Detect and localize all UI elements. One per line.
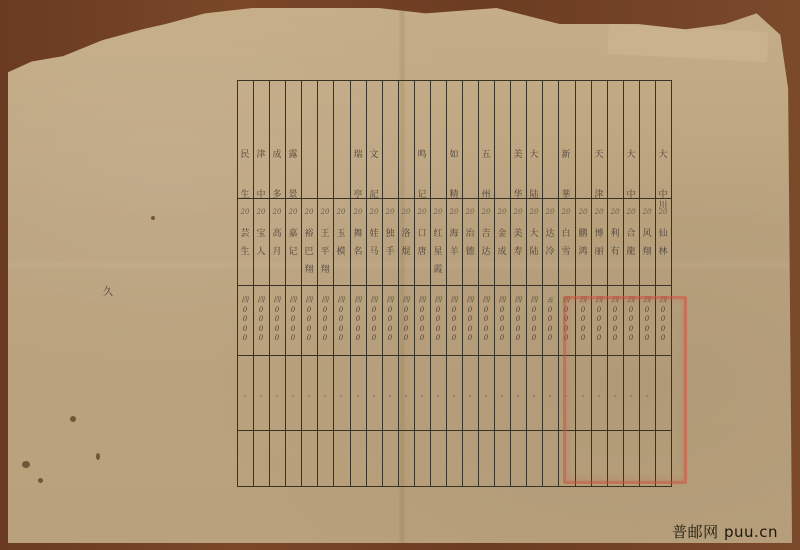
column-header-bottom: 华	[510, 190, 526, 201]
column-name: 高月	[269, 225, 285, 261]
column-dash: ·	[253, 392, 269, 401]
column-value: 四 0 0 0 0	[350, 296, 366, 344]
column-header-top: 津	[253, 150, 269, 161]
column-value: 四 0 0 0 0	[510, 296, 526, 344]
column-header-top: 如	[446, 150, 462, 161]
ledger-column: 露景20嘉记四 0 0 0 0·	[285, 80, 301, 487]
column-dash: ·	[269, 392, 285, 401]
column-dash: ·	[526, 392, 542, 401]
column-header-bottom: 精	[446, 190, 462, 201]
margin-mark: 久	[103, 283, 113, 298]
column-number: 20	[462, 208, 478, 216]
ledger-column: 津中20宝人四 0 0 0 0·	[253, 80, 269, 487]
column-dash: ·	[510, 392, 526, 401]
column-number: 20	[366, 208, 382, 216]
ledger-column: 文記20娃马四 0 0 0 0·	[366, 80, 382, 487]
ledger-column: 瑞亭20舞名四 0 0 0 0·	[350, 80, 366, 487]
column-number: 20	[253, 208, 269, 216]
column-dash: ·	[350, 392, 366, 401]
column-name: 独手	[382, 225, 398, 261]
column-value: 四 0 0 0 0	[446, 296, 462, 344]
column-dash: ·	[237, 392, 253, 401]
column-number: 20	[285, 208, 301, 216]
ledger-column: 五州20吉达四 0 0 0 0·	[478, 80, 494, 487]
ledger-column: 美华20美寿四 0 0 0 0·	[510, 80, 526, 487]
column-number: 20	[446, 208, 462, 216]
column-number: 20	[542, 208, 558, 216]
column-header-top: 新	[558, 150, 574, 161]
column-header-top: 文	[366, 150, 382, 161]
column-number: 20	[655, 208, 671, 216]
column-number: 20	[478, 208, 494, 216]
column-name: 大陆	[526, 225, 542, 261]
red-seal-frame	[563, 296, 687, 484]
ledger-column: 民生20芸生四 0 0 0 0·	[237, 80, 253, 487]
column-header-bottom: 亭	[350, 190, 366, 201]
column-name: 芸生	[237, 225, 253, 261]
stain-spot	[151, 216, 155, 220]
column-number: 20	[333, 208, 349, 216]
column-number: 20	[510, 208, 526, 216]
column-number: 20	[607, 208, 623, 216]
column-number: 20	[317, 208, 333, 216]
column-value: 四 0 0 0 0	[414, 296, 430, 344]
column-header-top: 鸣	[414, 150, 430, 161]
ledger-column: 20裕巴翔四 0 0 0 0·	[301, 80, 317, 487]
column-dash: ·	[366, 392, 382, 401]
column-value: 四 0 0 0 0	[269, 296, 285, 344]
column-value: 四 0 0 0 0	[237, 296, 253, 344]
column-name: 红星霞	[430, 225, 446, 279]
column-header-top: 天	[591, 150, 607, 161]
column-name: 海羊	[446, 225, 462, 261]
column-name: 洛焜	[398, 225, 414, 261]
column-number: 20	[414, 208, 430, 216]
column-name: 口唐	[414, 225, 430, 261]
column-number: 20	[639, 208, 655, 216]
column-value: 五 0 0 0 0	[542, 296, 558, 344]
column-name: 娃马	[366, 225, 382, 261]
column-header-bottom: 華	[558, 190, 574, 201]
column-header-bottom: 生	[237, 190, 253, 201]
column-name: 嘉记	[285, 225, 301, 261]
column-header-bottom: 津	[591, 190, 607, 201]
column-header-top: 露	[285, 150, 301, 161]
column-number: 20	[237, 208, 253, 216]
column-name: 舞名	[350, 225, 366, 261]
column-name: 仙林	[655, 225, 671, 261]
ledger-column: 20洛焜四 0 0 0 0·	[398, 80, 414, 487]
column-header-bottom: 陆	[526, 190, 542, 201]
ledger-column: 20达冷五 0 0 0 0·	[542, 80, 558, 487]
column-value: 四 0 0 0 0	[494, 296, 510, 344]
column-header-top: 大	[526, 150, 542, 161]
stain-spot	[22, 461, 30, 468]
column-name: 博丽	[591, 225, 607, 261]
column-name: 风翔	[639, 225, 655, 261]
column-header-top: 民	[237, 150, 253, 161]
column-value: 四 0 0 0 0	[398, 296, 414, 344]
column-name: 裕巴翔	[301, 225, 317, 279]
column-dash: ·	[478, 392, 494, 401]
column-name: 达冷	[542, 225, 558, 261]
column-header-bottom: 中	[253, 190, 269, 201]
ledger-column: 鸣记20口唐四 0 0 0 0·	[414, 80, 430, 487]
ledger-column: 20红星霞四 0 0 0 0·	[430, 80, 446, 487]
paper-fold-crease	[607, 24, 768, 62]
column-dash: ·	[398, 392, 414, 401]
column-number: 20	[494, 208, 510, 216]
ledger-column: 20独手四 0 0 0 0·	[382, 80, 398, 487]
column-dash: ·	[317, 392, 333, 401]
ledger-column: 如精20海羊四 0 0 0 0·	[446, 80, 462, 487]
column-number: 20	[430, 208, 446, 216]
column-number: 20	[398, 208, 414, 216]
column-dash: ·	[446, 392, 462, 401]
column-dash: ·	[430, 392, 446, 401]
stain-spot	[96, 453, 100, 460]
column-name: 王平翔	[317, 225, 333, 279]
column-dash: ·	[542, 392, 558, 401]
column-name: 利有	[607, 225, 623, 261]
column-value: 四 0 0 0 0	[526, 296, 542, 344]
column-number: 20	[591, 208, 607, 216]
column-header-bottom: 景	[285, 190, 301, 201]
column-header-top: 瑞	[350, 150, 366, 161]
ledger-column: 大陆20大陆四 0 0 0 0·	[526, 80, 542, 487]
column-name: 治德	[462, 225, 478, 261]
column-header-top: 五	[478, 150, 494, 161]
column-dash: ·	[301, 392, 317, 401]
column-name: 金成	[494, 225, 510, 261]
column-number: 20	[623, 208, 639, 216]
column-number: 20	[301, 208, 317, 216]
ledger-column: 20玉模四 0 0 0 0·	[333, 80, 349, 487]
column-name: 玉模	[333, 225, 349, 261]
column-value: 四 0 0 0 0	[301, 296, 317, 344]
column-name: 宝人	[253, 225, 269, 261]
column-header-top: 大	[655, 150, 671, 161]
column-value: 四 0 0 0 0	[317, 296, 333, 344]
column-dash: ·	[382, 392, 398, 401]
column-header-bottom: 中	[623, 190, 639, 201]
ledger-column: 20王平翔四 0 0 0 0·	[317, 80, 333, 487]
ledger-column: 20治德四 0 0 0 0·	[462, 80, 478, 487]
column-header-top: 美	[510, 150, 526, 161]
column-header-bottom: 記	[366, 190, 382, 201]
column-value: 四 0 0 0 0	[333, 296, 349, 344]
stain-spot	[70, 416, 76, 422]
column-value: 四 0 0 0 0	[382, 296, 398, 344]
column-name: 美寿	[510, 225, 526, 261]
column-number: 20	[382, 208, 398, 216]
column-name: 鹏鸿	[575, 225, 591, 261]
column-dash: ·	[333, 392, 349, 401]
column-header-bottom: 多	[269, 190, 285, 201]
column-name: 吉达	[478, 225, 494, 261]
column-value: 四 0 0 0 0	[253, 296, 269, 344]
column-number: 20	[526, 208, 542, 216]
column-header-bottom: 州	[478, 190, 494, 201]
ledger-column: 20金成四 0 0 0 0·	[494, 80, 510, 487]
column-name: 合龍	[623, 225, 639, 261]
column-header-top: 成	[269, 150, 285, 161]
column-number: 20	[350, 208, 366, 216]
ledger-column: 成多20高月四 0 0 0 0·	[269, 80, 285, 487]
column-value: 四 0 0 0 0	[430, 296, 446, 344]
stain-spot	[38, 478, 43, 483]
column-value: 四 0 0 0 0	[478, 296, 494, 344]
column-header-top: 大	[623, 150, 639, 161]
column-dash: ·	[462, 392, 478, 401]
column-number: 20	[575, 208, 591, 216]
column-value: 四 0 0 0 0	[462, 296, 478, 344]
column-dash: ·	[414, 392, 430, 401]
column-number: 20	[269, 208, 285, 216]
column-value: 四 0 0 0 0	[366, 296, 382, 344]
column-number: 20	[558, 208, 574, 216]
column-dash: ·	[494, 392, 510, 401]
watermark: 普邮网 puu.cn	[672, 521, 778, 542]
column-header-bottom: 记	[414, 190, 430, 201]
column-value: 四 0 0 0 0	[285, 296, 301, 344]
column-dash: ·	[285, 392, 301, 401]
column-name: 白雪	[558, 225, 574, 261]
